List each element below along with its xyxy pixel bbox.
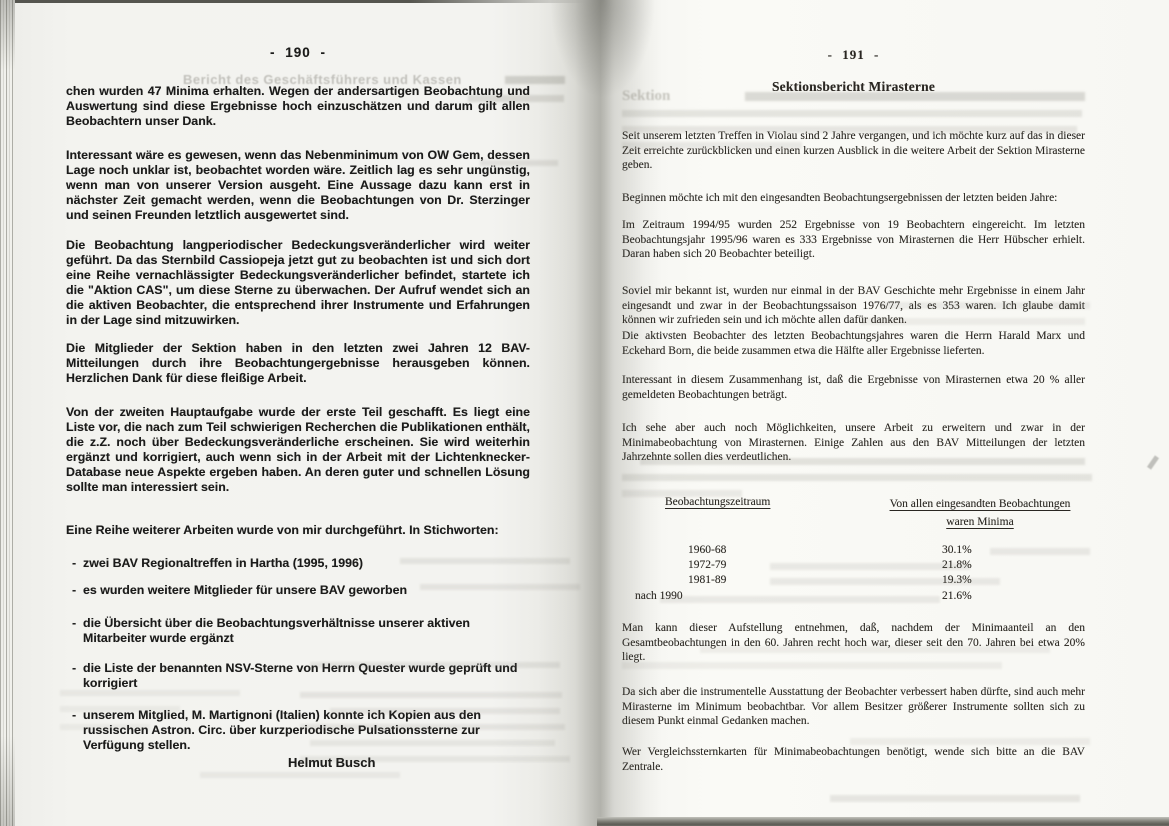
- paragraph: Im Zeitraum 1994/95 wurden 252 Ergebniss…: [622, 218, 1085, 262]
- bullet-text: es wurden weitere Mitglieder für unsere …: [83, 583, 530, 598]
- paragraph: Die aktivsten Beobachter des letzten Beo…: [622, 329, 1085, 358]
- table-cell-period: nach 1990: [635, 589, 683, 604]
- paragraph: Ich sehe aber auch noch Möglichkeiten, u…: [622, 421, 1085, 465]
- right-page: Sektion - 191 - Sektionsbericht Miraster…: [600, 0, 1169, 826]
- table-header-share-line2: waren Minima: [946, 516, 1013, 528]
- document-spread: Bericht des Geschäftsführers und Kassen …: [0, 0, 1169, 826]
- bullet-text: die Übersicht über die Beobachtungsverhä…: [83, 616, 530, 646]
- left-page-text-block: - 190 - chen wurden 47 Minima erhalten. …: [66, 0, 530, 826]
- section-title: Sektionsbericht Mirasterne: [622, 80, 1085, 95]
- bullet-item: - es wurden weitere Mitglieder für unser…: [72, 583, 530, 598]
- table-header-share-line1: Von allen eingesandten Beobachtungen: [890, 498, 1071, 510]
- table-cell-share: 21.6%: [942, 589, 972, 604]
- scan-bottom-edge: [597, 817, 1169, 826]
- bullet-marker: -: [72, 616, 83, 646]
- table-row: nach 1990 21.6%: [622, 589, 1085, 603]
- bullet-text: zwei BAV Regionaltreffen in Hartha (1995…: [83, 556, 530, 571]
- signature: Helmut Busch: [288, 755, 375, 770]
- table-row: 1960-68 30.1%: [622, 543, 1085, 557]
- page-edge-stripes: [0, 0, 15, 826]
- paragraph: Eine Reihe weiterer Arbeiten wurde von m…: [66, 523, 530, 538]
- paragraph: Wer Vergleichssternkarten für Minimabeob…: [622, 745, 1085, 774]
- page-number-left: - 190 -: [66, 45, 530, 60]
- bullet-text: die Liste der benannten NSV-Sterne von H…: [83, 661, 530, 691]
- bullet-item: - unserem Mitglied, M. Martignoni (Itali…: [72, 708, 530, 753]
- left-page: Bericht des Geschäftsführers und Kassen …: [0, 0, 600, 826]
- bullet-item: - zwei BAV Regionaltreffen in Hartha (19…: [72, 556, 530, 571]
- paragraph: Soviel mir bekannt ist, wurden nur einma…: [622, 284, 1085, 328]
- table-cell-share: 21.8%: [942, 558, 972, 573]
- table-cell-period: 1972-79: [688, 558, 726, 573]
- bullet-marker: -: [72, 556, 83, 571]
- paragraph: Seit unserem letzten Treffen in Violau s…: [622, 129, 1085, 173]
- table-row: 1972-79 21.8%: [622, 558, 1085, 572]
- paragraph: Interessant in diesem Zusammenhang ist, …: [622, 373, 1085, 402]
- bullet-text: unserem Mitglied, M. Martignoni (Italien…: [83, 708, 530, 753]
- paragraph: chen wurden 47 Minima erhalten. Wegen de…: [66, 84, 530, 129]
- paragraph: Beginnen möchte ich mit den eingesandten…: [622, 191, 1085, 206]
- paragraph: Da sich aber die instrumentelle Ausstatt…: [622, 685, 1085, 729]
- bullet-marker: -: [72, 583, 83, 598]
- paragraph: Von der zweiten Hauptaufgabe wurde der e…: [66, 405, 530, 495]
- paragraph: Interessant wäre es gewesen, wenn das Ne…: [66, 148, 530, 223]
- minima-table: Beobachtungszeitraum Von allen eingesand…: [622, 495, 1085, 607]
- table-cell-period: 1960-68: [688, 543, 726, 558]
- page-number-right: - 191 -: [622, 48, 1085, 63]
- paragraph: Man kann dieser Aufstellung entnehmen, d…: [622, 621, 1085, 665]
- table-cell-share: 19.3%: [942, 573, 972, 588]
- paragraph: Die Beobachtung langperiodischer Bedecku…: [66, 238, 530, 328]
- paragraph: Die Mitglieder der Sektion haben in den …: [66, 341, 530, 386]
- bullet-item: - die Übersicht über die Beobachtungsver…: [72, 616, 530, 646]
- table-header-share: Von allen eingesandten Beobachtungen war…: [872, 495, 1088, 531]
- scan-top-edge: [0, 0, 585, 3]
- bullet-item: - die Liste der benannten NSV-Sterne von…: [72, 661, 530, 691]
- right-page-text-block: - 191 - Sektionsbericht Mirasterne Seit …: [622, 0, 1085, 826]
- table-header-period: Beobachtungszeitraum: [665, 495, 770, 510]
- table-row: 1981-89 19.3%: [622, 573, 1085, 587]
- bullet-marker: -: [72, 708, 83, 753]
- bullet-marker: -: [72, 661, 83, 691]
- table-cell-period: 1981-89: [688, 573, 726, 588]
- table-cell-share: 30.1%: [942, 543, 972, 558]
